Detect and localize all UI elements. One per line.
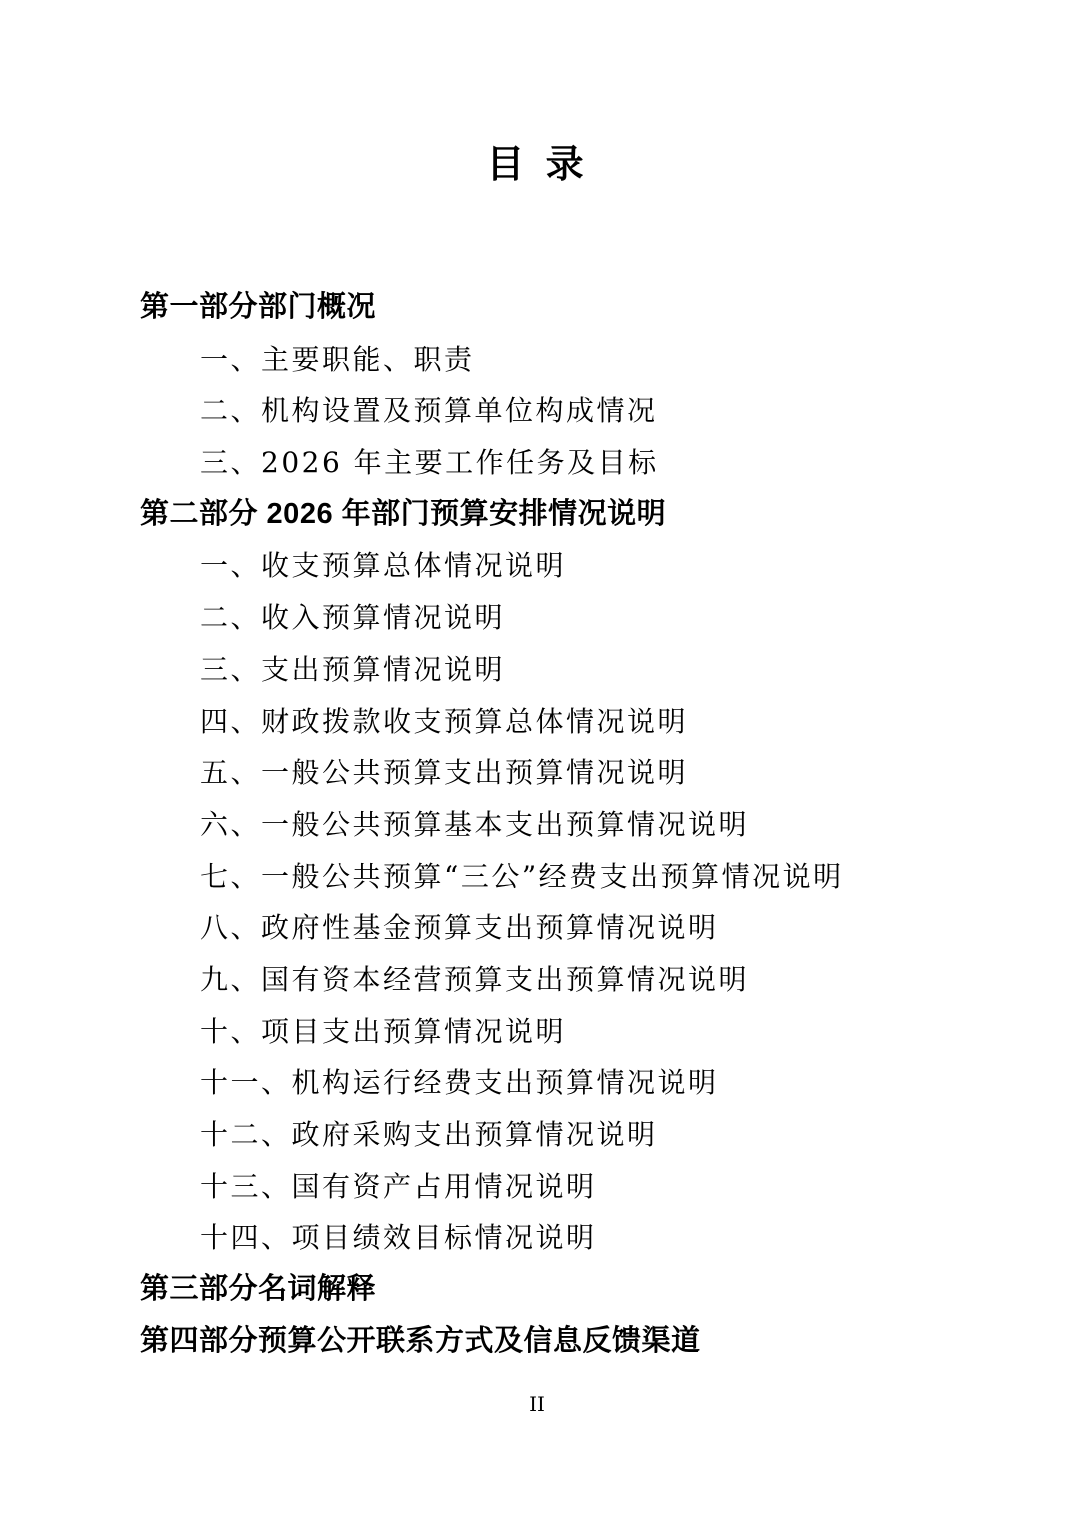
toc-item-2-10: 十、项目支出预算情况说明 xyxy=(200,1006,974,1058)
table-of-contents: 第一部分部门概况 一、主要职能、职责 二、机构设置及预算单位构成情况 三、202… xyxy=(0,188,1074,1367)
toc-section-4-heading: 第四部分预算公开联系方式及信息反馈渠道 xyxy=(140,1316,974,1368)
toc-item-2-8: 八、政府性基金预算支出预算情况说明 xyxy=(200,902,974,954)
toc-item-2-4: 四、财政拨款收支预算总体情况说明 xyxy=(200,696,974,748)
toc-item-2-7: 七、一般公共预算“三公”经费支出预算情况说明 xyxy=(200,851,974,903)
toc-section-3-heading: 第三部分名词解释 xyxy=(140,1264,974,1316)
toc-section-2-heading: 第二部分 2026 年部门预算安排情况说明 xyxy=(140,489,974,541)
toc-item-1-2: 二、机构设置及预算单位构成情况 xyxy=(200,385,974,437)
toc-item-1-1: 一、主要职能、职责 xyxy=(200,334,974,386)
toc-item-2-11: 十一、机构运行经费支出预算情况说明 xyxy=(200,1057,974,1109)
toc-item-2-1: 一、收支预算总体情况说明 xyxy=(200,540,974,592)
toc-item-2-6: 六、一般公共预算基本支出预算情况说明 xyxy=(200,799,974,851)
toc-item-2-12: 十二、政府采购支出预算情况说明 xyxy=(200,1109,974,1161)
toc-section-1-heading: 第一部分部门概况 xyxy=(140,282,974,334)
toc-item-1-3: 三、2026 年主要工作任务及目标 xyxy=(200,437,974,489)
document-page: 目 录 第一部分部门概况 一、主要职能、职责 二、机构设置及预算单位构成情况 三… xyxy=(0,0,1074,1520)
toc-item-2-3: 三、支出预算情况说明 xyxy=(200,644,974,696)
toc-item-2-13: 十三、国有资产占用情况说明 xyxy=(200,1161,974,1213)
toc-item-2-2: 二、收入预算情况说明 xyxy=(200,592,974,644)
page-number: II xyxy=(0,1392,1074,1416)
toc-item-2-14: 十四、项目绩效目标情况说明 xyxy=(200,1212,974,1264)
toc-item-2-9: 九、国有资本经营预算支出预算情况说明 xyxy=(200,954,974,1006)
document-title: 目 录 xyxy=(0,0,1074,188)
toc-item-2-5: 五、一般公共预算支出预算情况说明 xyxy=(200,747,974,799)
